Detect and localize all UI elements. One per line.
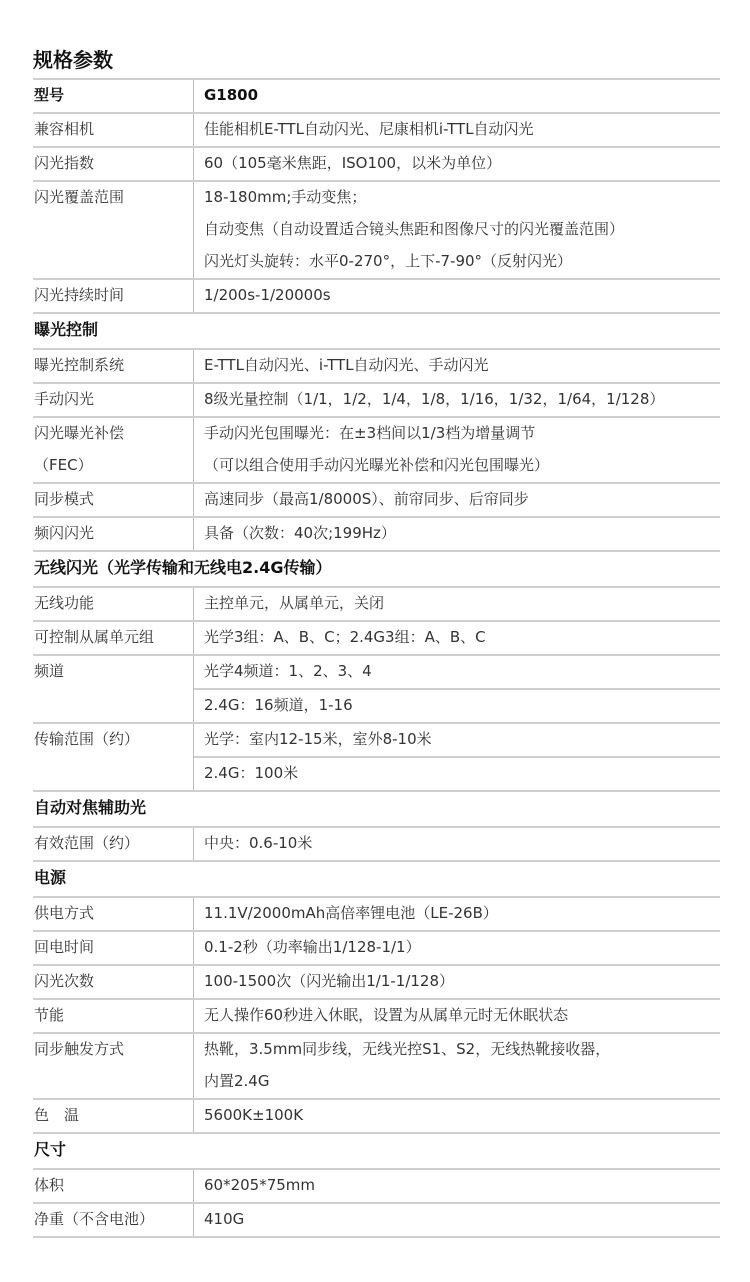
spec-label-line: 兼容相机: [34, 114, 193, 146]
spec-label-line: 曝光控制系统: [34, 350, 193, 382]
spec-row: 色 温5600K±100K: [33, 1098, 720, 1132]
spec-value-line: 闪光灯头旋转：水平0-270°，上下-7-90°（反射闪光）: [204, 246, 720, 278]
spec-value: 手动闪光包围曝光：在±3档间以1/3档为增量调节（可以组合使用手动闪光曝光补偿和…: [194, 418, 720, 482]
spec-label: 节能: [33, 1000, 194, 1032]
spec-value-line: 8级光量控制（1/1，1/2，1/4，1/8，1/16，1/32，1/64，1/…: [204, 384, 720, 416]
spec-value-group: 光学3组：A、B、C；2.4G3组：A、B、C: [194, 622, 720, 654]
spec-value-line: 热靴，3.5mm同步线，无线光控S1、S2，无线热靴接收器，: [204, 1034, 720, 1066]
spec-label-line: 手动闪光: [34, 384, 193, 416]
spec-label-line: （FEC）: [34, 450, 193, 482]
spec-value-group: 60（105毫米焦距，ISO100，以米为单位）: [194, 148, 720, 180]
spec-value-group: 具备（次数：40次;199Hz）: [194, 518, 720, 550]
spec-row: 闪光次数100-1500次（闪光输出1/1-1/128）: [33, 964, 720, 998]
spec-label-line: 频闪闪光: [34, 518, 193, 550]
spec-value-line: 具备（次数：40次;199Hz）: [204, 518, 720, 550]
spec-value-line: 内置2.4G: [204, 1066, 720, 1098]
spec-row: 频道光学4频道：1、2、3、42.4G：16频道，1-16: [33, 654, 720, 722]
spec-value-group: 手动闪光包围曝光：在±3档间以1/3档为增量调节（可以组合使用手动闪光曝光补偿和…: [194, 418, 720, 482]
spec-value: 0.1-2秒（功率输出1/128-1/1）: [194, 932, 720, 964]
spec-row: 频闪闪光具备（次数：40次;199Hz）: [33, 516, 720, 550]
spec-value-group: 11.1V/2000mAh高倍率锂电池（LE-26B）: [194, 898, 720, 930]
spec-value: 410G: [194, 1204, 720, 1236]
spec-row: 曝光控制系统E-TTL自动闪光、i-TTL自动闪光、手动闪光: [33, 348, 720, 382]
spec-value-line: 60*205*75mm: [204, 1170, 720, 1202]
spec-value-group: 8级光量控制（1/1，1/2，1/4，1/8，1/16，1/32，1/64，1/…: [194, 384, 720, 416]
spec-row: 手动闪光8级光量控制（1/1，1/2，1/4，1/8，1/16，1/32，1/6…: [33, 382, 720, 416]
spec-value-line: 佳能相机E-TTL自动闪光、尼康相机i-TTL自动闪光: [204, 114, 720, 146]
spec-label: 闪光指数: [33, 148, 194, 180]
spec-value-group: 100-1500次（闪光输出1/1-1/128）: [194, 966, 720, 998]
spec-label-line: 回电时间: [34, 932, 193, 964]
spec-value-line: 1/200s-1/20000s: [204, 280, 720, 312]
spec-label-line: 闪光覆盖范围: [34, 182, 193, 214]
spec-label: 体积: [33, 1170, 194, 1202]
spec-label-line: 色 温: [34, 1100, 193, 1132]
spec-row: 闪光覆盖范围18-180mm;手动变焦；自动变焦（自动设置适合镜头焦距和图像尺寸…: [33, 180, 720, 278]
spec-row: 兼容相机佳能相机E-TTL自动闪光、尼康相机i-TTL自动闪光: [33, 112, 720, 146]
spec-value-line: 无人操作60秒进入休眠，设置为从属单元时无休眠状态: [204, 1000, 720, 1032]
spec-value-line: 2.4G：16频道，1-16: [204, 690, 720, 722]
spec-label-line: 闪光曝光补偿: [34, 418, 193, 450]
spec-value: E-TTL自动闪光、i-TTL自动闪光、手动闪光: [194, 350, 720, 382]
spec-value: 1/200s-1/20000s: [194, 280, 720, 312]
spec-value: 无人操作60秒进入休眠，设置为从属单元时无休眠状态: [194, 1000, 720, 1032]
spec-label-line: 型号: [34, 80, 193, 112]
spec-label-line: 体积: [34, 1170, 193, 1202]
spec-value-line: 自动变焦（自动设置适合镜头焦距和图像尺寸的闪光覆盖范围）: [204, 214, 720, 246]
spec-value: 光学3组：A、B、C；2.4G3组：A、B、C: [194, 622, 720, 654]
spec-label: 同步触发方式: [33, 1034, 194, 1098]
spec-value-group: 主控单元，从属单元，关闭: [194, 588, 720, 620]
spec-label: 同步模式: [33, 484, 194, 516]
spec-value-group: 无人操作60秒进入休眠，设置为从属单元时无休眠状态: [194, 1000, 720, 1032]
spec-label: 闪光持续时间: [33, 280, 194, 312]
spec-label: 供电方式: [33, 898, 194, 930]
spec-value-line: 2.4G：100米: [204, 758, 720, 790]
section-heading: 无线闪光（光学传输和无线电2.4G传输）: [33, 550, 720, 586]
spec-value-group: 410G: [194, 1204, 720, 1236]
spec-value: 60*205*75mm: [194, 1170, 720, 1202]
spec-value: G1800: [194, 80, 720, 112]
spec-value-line: G1800: [204, 80, 720, 112]
spec-row: 闪光指数60（105毫米焦距，ISO100，以米为单位）: [33, 146, 720, 180]
spec-label-line: 同步触发方式: [34, 1034, 193, 1066]
spec-row: 有效范围（约）中央：0.6-10米: [33, 826, 720, 860]
spec-value: 光学：室内12-15米，室外8-10米2.4G：100米: [194, 724, 720, 790]
spec-label: 可控制从属单元组: [33, 622, 194, 654]
spec-label: 闪光覆盖范围: [33, 182, 194, 278]
section-heading: 尺寸: [33, 1132, 720, 1168]
spec-label: 型号: [33, 80, 194, 112]
spec-row: 同步触发方式热靴，3.5mm同步线，无线光控S1、S2，无线热靴接收器，内置2.…: [33, 1032, 720, 1098]
spec-label: 有效范围（约）: [33, 828, 194, 860]
spec-value-group: 佳能相机E-TTL自动闪光、尼康相机i-TTL自动闪光: [194, 114, 720, 146]
spec-label-line: 供电方式: [34, 898, 193, 930]
spec-label: 频闪闪光: [33, 518, 194, 550]
spec-value: 具备（次数：40次;199Hz）: [194, 518, 720, 550]
spec-value: 18-180mm;手动变焦；自动变焦（自动设置适合镜头焦距和图像尺寸的闪光覆盖范…: [194, 182, 720, 278]
spec-value-group: 0.1-2秒（功率输出1/128-1/1）: [194, 932, 720, 964]
spec-row: 可控制从属单元组光学3组：A、B、C；2.4G3组：A、B、C: [33, 620, 720, 654]
spec-value: 高速同步（最高1/8000S）、前帘同步、后帘同步: [194, 484, 720, 516]
spec-value: 60（105毫米焦距，ISO100，以米为单位）: [194, 148, 720, 180]
section-heading: 自动对焦辅助光: [33, 790, 720, 826]
spec-value-group: 中央：0.6-10米: [194, 828, 720, 860]
spec-value: 中央：0.6-10米: [194, 828, 720, 860]
spec-value-group: 高速同步（最高1/8000S）、前帘同步、后帘同步: [194, 484, 720, 516]
spec-label: 兼容相机: [33, 114, 194, 146]
spec-value-group: 光学4频道：1、2、3、4: [194, 656, 720, 688]
spec-value-group: 1/200s-1/20000s: [194, 280, 720, 312]
section-heading: 曝光控制: [33, 312, 720, 348]
spec-value-line: 410G: [204, 1204, 720, 1236]
spec-value-line: 高速同步（最高1/8000S）、前帘同步、后帘同步: [204, 484, 720, 516]
spec-value-line: 11.1V/2000mAh高倍率锂电池（LE-26B）: [204, 898, 720, 930]
spec-label: 回电时间: [33, 932, 194, 964]
spec-value-line: 60（105毫米焦距，ISO100，以米为单位）: [204, 148, 720, 180]
spec-value: 100-1500次（闪光输出1/1-1/128）: [194, 966, 720, 998]
spec-label-line: 无线功能: [34, 588, 193, 620]
spec-label: 闪光次数: [33, 966, 194, 998]
spec-table: 型号G1800兼容相机佳能相机E-TTL自动闪光、尼康相机i-TTL自动闪光闪光…: [33, 78, 720, 1238]
spec-value-line: 光学4频道：1、2、3、4: [204, 656, 720, 688]
spec-value-line: E-TTL自动闪光、i-TTL自动闪光、手动闪光: [204, 350, 720, 382]
spec-value-line: 光学3组：A、B、C；2.4G3组：A、B、C: [204, 622, 720, 654]
spec-value-line: 光学：室内12-15米，室外8-10米: [204, 724, 720, 756]
spec-value-line: 18-180mm;手动变焦；: [204, 182, 720, 214]
spec-label-line: 频道: [34, 656, 193, 688]
spec-label-line: 传输范围（约）: [34, 724, 193, 756]
spec-label-line: 同步模式: [34, 484, 193, 516]
spec-label-line: 闪光次数: [34, 966, 193, 998]
spec-value-group: 2.4G：16频道，1-16: [194, 688, 720, 722]
spec-value-group: 2.4G：100米: [194, 756, 720, 790]
spec-label-line: 可控制从属单元组: [34, 622, 193, 654]
spec-row: 净重（不含电池）410G: [33, 1202, 720, 1238]
spec-row: 闪光持续时间1/200s-1/20000s: [33, 278, 720, 312]
spec-value: 佳能相机E-TTL自动闪光、尼康相机i-TTL自动闪光: [194, 114, 720, 146]
spec-value-group: 热靴，3.5mm同步线，无线光控S1、S2，无线热靴接收器，内置2.4G: [194, 1034, 720, 1098]
spec-value-line: 中央：0.6-10米: [204, 828, 720, 860]
spec-label: 曝光控制系统: [33, 350, 194, 382]
spec-row: 节能无人操作60秒进入休眠，设置为从属单元时无休眠状态: [33, 998, 720, 1032]
spec-value-line: 主控单元，从属单元，关闭: [204, 588, 720, 620]
spec-value-group: E-TTL自动闪光、i-TTL自动闪光、手动闪光: [194, 350, 720, 382]
spec-label-line: 闪光持续时间: [34, 280, 193, 312]
spec-value-group: 5600K±100K: [194, 1100, 720, 1132]
spec-value: 5600K±100K: [194, 1100, 720, 1132]
spec-label-line: 净重（不含电池）: [34, 1204, 193, 1236]
spec-value: 热靴，3.5mm同步线，无线光控S1、S2，无线热靴接收器，内置2.4G: [194, 1034, 720, 1098]
spec-row: 同步模式高速同步（最高1/8000S）、前帘同步、后帘同步: [33, 482, 720, 516]
spec-value-line: 100-1500次（闪光输出1/1-1/128）: [204, 966, 720, 998]
spec-row: 体积60*205*75mm: [33, 1168, 720, 1202]
spec-row: 闪光曝光补偿（FEC）手动闪光包围曝光：在±3档间以1/3档为增量调节（可以组合…: [33, 416, 720, 482]
spec-value-group: 18-180mm;手动变焦；自动变焦（自动设置适合镜头焦距和图像尺寸的闪光覆盖范…: [194, 182, 720, 278]
spec-value-line: 手动闪光包围曝光：在±3档间以1/3档为增量调节: [204, 418, 720, 450]
spec-label: 频道: [33, 656, 194, 722]
spec-label-line: 有效范围（约）: [34, 828, 193, 860]
spec-label: 手动闪光: [33, 384, 194, 416]
spec-label-line: 闪光指数: [34, 148, 193, 180]
spec-value: 主控单元，从属单元，关闭: [194, 588, 720, 620]
spec-value-group: 光学：室内12-15米，室外8-10米: [194, 724, 720, 756]
spec-label: 色 温: [33, 1100, 194, 1132]
spec-label: 传输范围（约）: [33, 724, 194, 790]
spec-value-line: 5600K±100K: [204, 1100, 720, 1132]
spec-value-line: 0.1-2秒（功率输出1/128-1/1）: [204, 932, 720, 964]
spec-row: 供电方式11.1V/2000mAh高倍率锂电池（LE-26B）: [33, 896, 720, 930]
spec-row: 回电时间0.1-2秒（功率输出1/128-1/1）: [33, 930, 720, 964]
spec-label: 闪光曝光补偿（FEC）: [33, 418, 194, 482]
section-heading: 电源: [33, 860, 720, 896]
spec-value: 8级光量控制（1/1，1/2，1/4，1/8，1/16，1/32，1/64，1/…: [194, 384, 720, 416]
spec-value-group: G1800: [194, 80, 720, 112]
page-title: 规格参数: [33, 44, 113, 73]
spec-value: 11.1V/2000mAh高倍率锂电池（LE-26B）: [194, 898, 720, 930]
spec-value-line: （可以组合使用手动闪光曝光补偿和闪光包围曝光）: [204, 450, 720, 482]
spec-value-group: 60*205*75mm: [194, 1170, 720, 1202]
spec-label: 净重（不含电池）: [33, 1204, 194, 1236]
spec-label-line: 节能: [34, 1000, 193, 1032]
spec-row: 型号G1800: [33, 78, 720, 112]
spec-row: 无线功能主控单元，从属单元，关闭: [33, 586, 720, 620]
spec-label: 无线功能: [33, 588, 194, 620]
spec-value: 光学4频道：1、2、3、42.4G：16频道，1-16: [194, 656, 720, 722]
spec-row: 传输范围（约）光学：室内12-15米，室外8-10米2.4G：100米: [33, 722, 720, 790]
